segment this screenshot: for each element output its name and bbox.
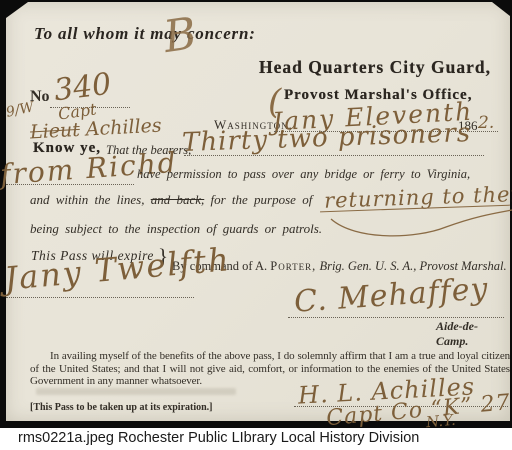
inspection-text: being subject to the inspection of guard… [30,221,322,237]
from-rule [6,184,134,185]
within-lines-text: and within the lines, and back, for the … [30,192,312,208]
bearers-rule [184,155,484,156]
aide-de-camp-label: Aide-de-Camp. [436,319,510,349]
within-post: for the purpose of [204,192,312,207]
within-pre: and within the lines, [30,192,151,207]
expire-rule [6,297,194,298]
scan-corner-top-left [6,2,28,18]
aide-signature-rule [288,317,504,318]
aide-signature-handwritten: C. Mehaffey [293,271,490,319]
image-caption: rms0221a.jpeg Rochester Public LIbrary L… [18,430,419,446]
command-name: Porter, [270,259,316,273]
caption-band: rms0221a.jpeg Rochester Public LIbrary L… [0,428,512,450]
margin-name: Achilles [79,115,162,141]
footnote: [This Pass to be taken up at its expirat… [30,402,213,413]
document-scan: To all whom it may concern: B Head Quart… [0,0,512,428]
pen-flourish [326,207,512,242]
margin-note: 9/W [5,99,36,120]
salutation: To all whom it may concern: [34,24,256,44]
bleedthrough-ghost-text [36,388,236,395]
scan-corner-top-right [492,2,510,16]
header-line1: Head Quarters City Guard, [244,57,506,78]
pass-document-paper: To all whom it may concern: B Head Quart… [6,2,510,421]
handwritten-b-flourish: B [161,8,200,63]
and-back-struck: and back, [151,192,205,207]
handwritten-year-digit: 2. [478,113,494,133]
permission-text: have permission to pass over any bridge … [137,167,470,182]
